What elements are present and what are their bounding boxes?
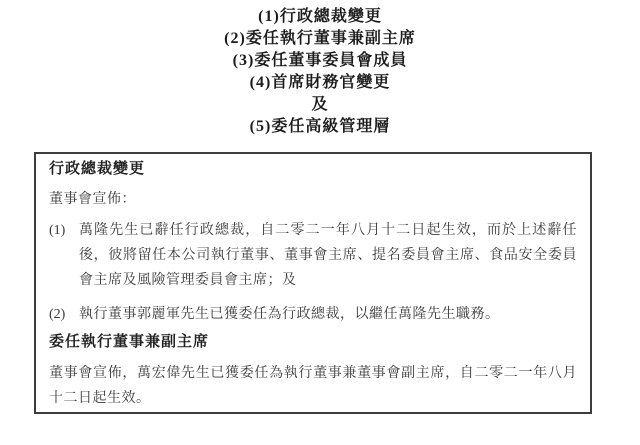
title-line-5: (5)委任高級管理層 — [0, 116, 640, 138]
title-line-2: (2)委任執行董事兼副主席 — [0, 28, 640, 50]
appointment-paragraph: 董事會宣佈，萬宏偉先生已獲委任為執行董事兼董事會副主席，自二零二一年八月十二日起… — [49, 361, 577, 411]
list-text-succession: 執行董事郭麗軍先生已獲委任為行政總裁，以繼任萬隆先生職務。 — [79, 302, 577, 327]
announcement-title-block: (1)行政總裁變更 (2)委任執行董事兼副主席 (3)委任董事委員會成員 (4)… — [0, 6, 640, 138]
section-heading-ceo-change: 行政總裁變更 — [49, 160, 577, 179]
list-marker-2: (2) — [49, 302, 79, 327]
notice-box: 行政總裁變更 董事會宣佈： (1) 萬隆先生已辭任行政總裁，自二零二一年八月十二… — [34, 152, 592, 414]
title-line-1: (1)行政總裁變更 — [0, 6, 640, 28]
title-line-4: (4)首席財務官變更 — [0, 72, 640, 94]
list-marker-1: (1) — [49, 218, 79, 293]
list-item-resignation: (1) 萬隆先生已辭任行政總裁，自二零二一年八月十二日起生效，而於上述辭任後，彼… — [49, 218, 577, 293]
list-item-succession: (2) 執行董事郭麗軍先生已獲委任為行政總裁，以繼任萬隆先生職務。 — [49, 302, 577, 327]
title-line-and: 及 — [0, 94, 640, 116]
title-line-3: (3)委任董事委員會成員 — [0, 50, 640, 72]
announcement-page: (1)行政總裁變更 (2)委任執行董事兼副主席 (3)委任董事委員會成員 (4)… — [0, 0, 640, 445]
list-text-resignation: 萬隆先生已辭任行政總裁，自二零二一年八月十二日起生效，而於上述辭任後，彼將留任本… — [79, 218, 577, 293]
board-announces-intro: 董事會宣佈： — [49, 190, 577, 209]
section-heading-appointment: 委任執行董事兼副主席 — [49, 333, 577, 352]
